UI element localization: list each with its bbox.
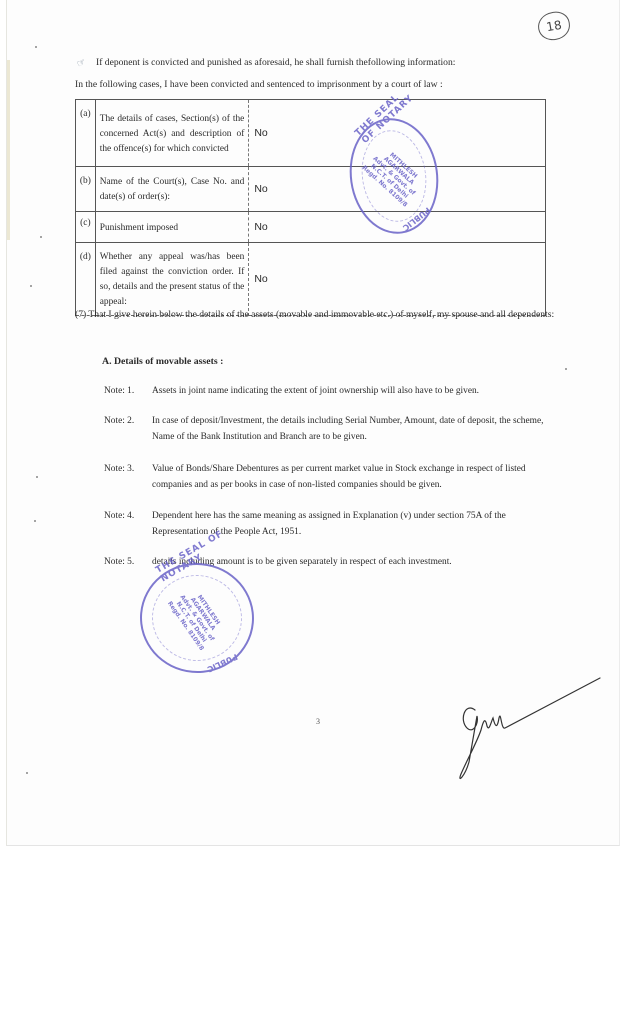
scan-speck — [35, 46, 37, 48]
row-label: (d) — [76, 243, 96, 316]
row-label: (c) — [76, 212, 96, 243]
note-text: Value of Bonds/Share Debentures as per c… — [152, 462, 552, 493]
page-marker-text: 18 — [545, 18, 562, 34]
row-label: (b) — [76, 167, 96, 212]
section-a-heading: A. Details of movable assets : — [102, 354, 223, 369]
signature-icon — [455, 672, 605, 792]
scan-speck — [30, 285, 32, 287]
scan-speck — [36, 476, 38, 478]
intro-line: If deponent is convicted and punished as… — [96, 55, 455, 70]
scan-speck — [40, 236, 42, 238]
cases-line: In the following cases, I have been conv… — [75, 77, 443, 92]
seal-center-text: MITHLESH AGARWALA Advt. & Govt. of N.C.T… — [361, 144, 428, 209]
note-label: Note: 5. — [104, 555, 150, 571]
note-label: Note: 1. — [104, 384, 150, 400]
note-label: Note: 2. — [104, 414, 150, 430]
row-description: Whether any appeal was/has been filed ag… — [95, 243, 249, 316]
scan-speck — [565, 368, 567, 370]
row-answer: No — [249, 243, 546, 316]
table-row: (b) Name of the Court(s), Case No. and d… — [76, 167, 546, 212]
note-label: Note: 3. — [104, 462, 150, 478]
page-number: 3 — [316, 714, 320, 729]
scan-edge-strip — [7, 60, 10, 240]
conviction-table: (a) The details of cases, Section(s) of … — [75, 99, 546, 316]
table-row: (c) Punishment imposed No — [76, 212, 546, 243]
row-label: (a) — [76, 100, 96, 167]
row-description: The details of cases, Section(s) of the … — [95, 100, 249, 167]
paragraph-7: (7) That I give herein below the details… — [75, 307, 555, 322]
note-label: Note: 4. — [104, 509, 150, 525]
table-row: (a) The details of cases, Section(s) of … — [76, 100, 546, 167]
row-description: Punishment imposed — [95, 212, 249, 243]
table-row: (d) Whether any appeal was/has been file… — [76, 243, 546, 316]
scan-speck — [34, 520, 36, 522]
row-description: Name of the Court(s), Case No. and date(… — [95, 167, 249, 212]
seal-center-text: MITHLESH AGARWALA Advt. & Govt. of N.C.T… — [166, 584, 228, 652]
note-text: Assets in joint name indicating the exte… — [152, 384, 552, 400]
scan-speck — [26, 772, 28, 774]
note-text: In case of deposit/Investment, the detai… — [152, 414, 552, 445]
